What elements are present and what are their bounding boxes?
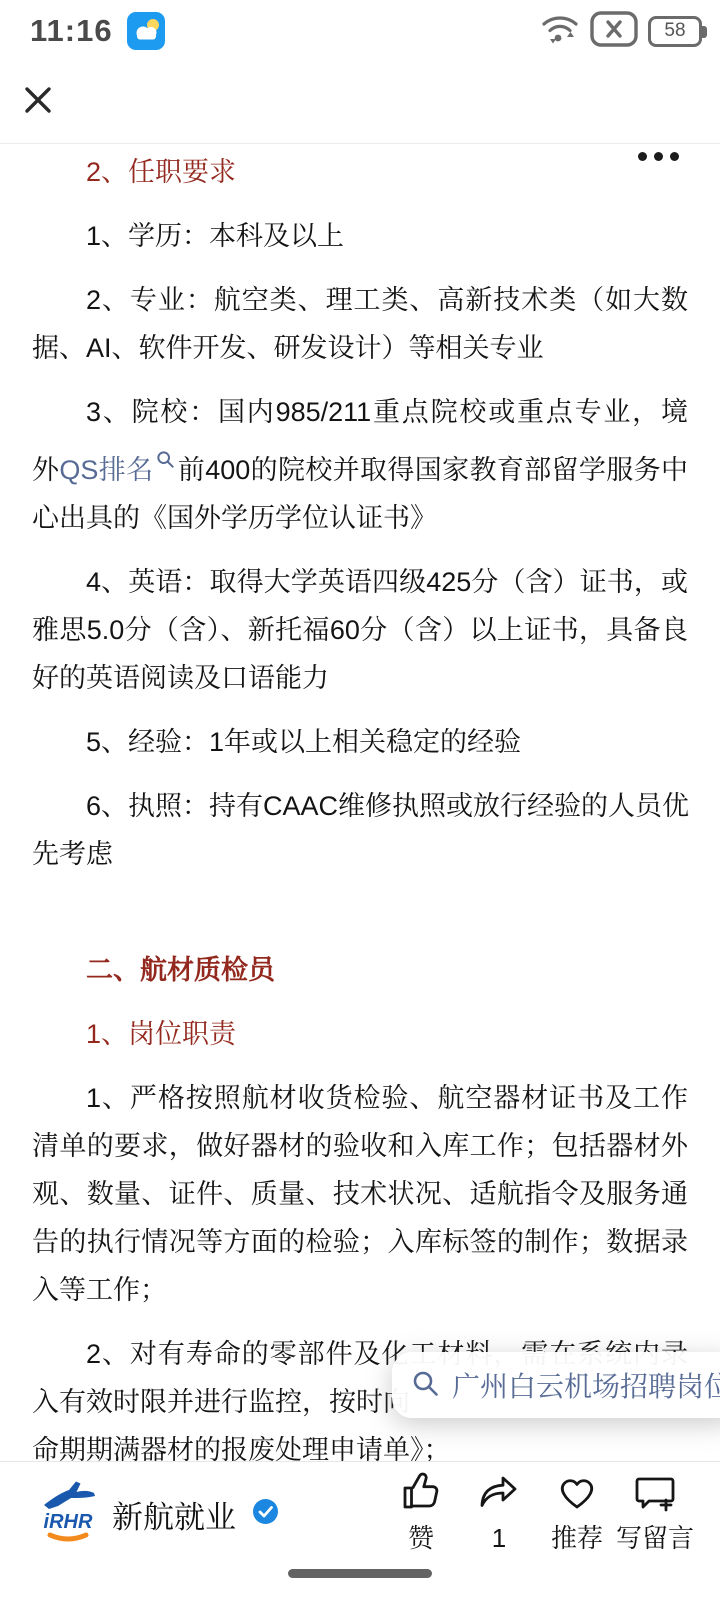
text-line: 好的英语阅读及口语能力 bbox=[32, 654, 688, 702]
article-paragraph: 2、专业：航空类、理工类、高新技术类（如大数据、AI、软件开发、研发设计）等相关… bbox=[32, 276, 688, 372]
battery-icon: 58 bbox=[648, 16, 702, 47]
article-paragraph: 6、执照：持有CAAC维修执照或放行经验的人员优先考虑 bbox=[32, 782, 688, 878]
search-suggestion-text: 广州白云机场招聘岗位 bbox=[452, 1365, 720, 1405]
comment-button[interactable]: 写留言 bbox=[616, 1470, 694, 1553]
text-line: 心出具的《国外学历学位认证书》 bbox=[32, 494, 688, 542]
article-body: 2、任职要求1、学历：本科及以上2、专业：航空类、理工类、高新技术类（如大数据、… bbox=[32, 144, 688, 1490]
wifi-icon bbox=[540, 12, 580, 51]
article-paragraph: 1、严格按照航材收货检验、航空器材证书及工作清单的要求，做好器材的验收和入库工作… bbox=[32, 1074, 688, 1314]
share-icon bbox=[477, 1470, 521, 1519]
battery-percent: 58 bbox=[664, 20, 685, 42]
text-line: 5、经验：1年或以上相关稳定的经验 bbox=[32, 718, 688, 766]
share-count: 1 bbox=[492, 1523, 506, 1553]
nav-bar bbox=[0, 56, 720, 143]
text-line: 雅思5.0分（含）、新托福60分（含）以上证书，具备良 bbox=[32, 606, 688, 654]
search-icon bbox=[410, 1368, 440, 1403]
text-line: 4、英语：取得大学英语四级425分（含）证书，或 bbox=[32, 558, 688, 606]
article-paragraph: 4、英语：取得大学英语四级425分（含）证书，或雅思5.0分（含）、新托福60分… bbox=[32, 558, 688, 702]
text-line: 6、执照：持有CAAC维修执照或放行经验的人员优 bbox=[32, 782, 688, 830]
recommend-button[interactable]: 推荐 bbox=[538, 1470, 616, 1553]
like-button[interactable]: 赞 bbox=[382, 1470, 460, 1553]
text-line: 3、院校：国内985/211重点院校或重点专业，境 bbox=[32, 388, 688, 436]
text-line: 1、严格按照航材收货检验、航空器材证书及工作 bbox=[32, 1074, 688, 1122]
text-line: 告的执行情况等方面的检验；入库标签的制作；数据录 bbox=[32, 1218, 688, 1266]
text-line: 1、岗位职责 bbox=[32, 1010, 688, 1058]
heart-icon bbox=[555, 1470, 599, 1519]
article-paragraph: 5、经验：1年或以上相关稳定的经验 bbox=[32, 718, 688, 766]
text-segment: 外 bbox=[32, 455, 59, 485]
weather-icon bbox=[127, 12, 165, 50]
text-line: 二、航材质检员 bbox=[32, 946, 688, 994]
logo-text: iRHR bbox=[44, 1511, 93, 1533]
article-paragraph: 1、学历：本科及以上 bbox=[32, 212, 688, 260]
account-avatar[interactable]: iRHR bbox=[36, 1478, 100, 1542]
text-segment: 前400的院校并取得国家教育部留学服务中 bbox=[177, 455, 688, 485]
status-bar: 11:16 bbox=[0, 0, 720, 56]
search-suggestion-bubble[interactable]: 广州白云机场招聘岗位 bbox=[392, 1352, 720, 1418]
section-heading: 二、航材质检员 bbox=[32, 946, 688, 994]
sim-missing-icon bbox=[590, 11, 638, 52]
close-icon[interactable] bbox=[22, 84, 54, 116]
text-line: 清单的要求，做好器材的验收和入库工作；包括器材外 bbox=[32, 1122, 688, 1170]
text-line: 入等工作； bbox=[32, 1266, 688, 1314]
clock: 11:16 bbox=[30, 13, 113, 49]
thumbs-up-icon bbox=[399, 1470, 443, 1519]
comment-label: 写留言 bbox=[616, 1523, 694, 1553]
inline-search-link[interactable]: QS排名 bbox=[59, 455, 153, 485]
text-line: 据、AI、软件开发、研发设计）等相关专业 bbox=[32, 324, 688, 372]
text-line: 1、学历：本科及以上 bbox=[32, 212, 688, 260]
text-line: 2、任职要求 bbox=[32, 148, 688, 196]
text-line: 2、专业：航空类、理工类、高新技术类（如大数 bbox=[32, 276, 688, 324]
home-indicator-handle[interactable] bbox=[288, 1569, 432, 1578]
share-button[interactable]: 1 bbox=[460, 1470, 538, 1553]
recommend-label: 推荐 bbox=[551, 1523, 603, 1553]
article-paragraph: 3、院校：国内985/211重点院校或重点专业，境外QS排名前400的院校并取得… bbox=[32, 388, 688, 542]
text-line: 观、数量、证件、质量、技术状况、适航指令及服务通 bbox=[32, 1170, 688, 1218]
subheading-duties: 1、岗位职责 bbox=[32, 1010, 688, 1058]
account-name[interactable]: 新航就业 bbox=[112, 1492, 236, 1537]
comment-icon bbox=[633, 1470, 677, 1519]
verified-badge-icon bbox=[252, 1498, 279, 1525]
subheading-requirements: 2、任职要求 bbox=[32, 148, 688, 196]
text-line: 先考虑 bbox=[32, 830, 688, 878]
search-sup-icon[interactable] bbox=[155, 436, 175, 484]
bottom-bar: iRHR 新航就业 赞 bbox=[0, 1461, 720, 1600]
action-bar: 赞 1 推荐 bbox=[382, 1470, 694, 1553]
text-line: 外QS排名前400的院校并取得国家教育部留学服务中 bbox=[32, 436, 688, 494]
like-label: 赞 bbox=[408, 1523, 434, 1553]
